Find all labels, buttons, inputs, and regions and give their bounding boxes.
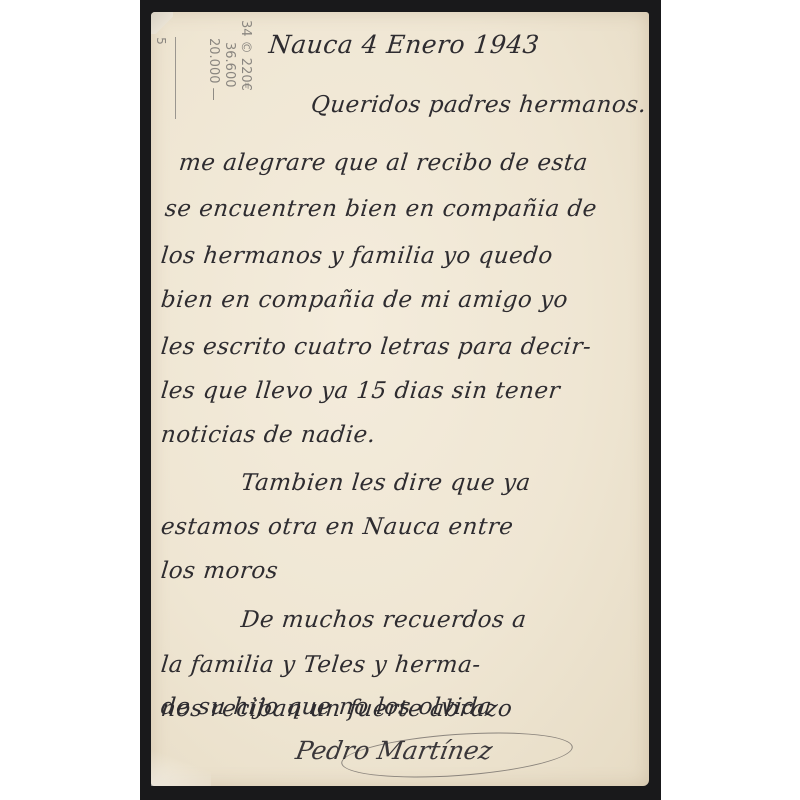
letter-line: la familia y Teles y herma- [160,652,482,678]
pencil-line [175,37,176,119]
letter-line: bien en compañia de mi amigo yo [160,287,570,313]
postcard: 5 34 © 220€ 36.600 20.000 — Nauca 4 Ener… [151,12,649,786]
pencil-note: 20.000 — [206,38,221,101]
pencil-note: 36.600 [222,42,237,88]
letter-line: me alegrare que al recibo de esta [178,150,590,176]
corner-fold [151,12,173,34]
pencil-number: 5 [154,37,168,45]
worn-corner [151,746,211,786]
letter-line: los hermanos y familia yo quedo [160,243,555,269]
letter-line: De muchos recuerdos a [240,607,528,633]
salutation: Queridos padres hermanos. [310,92,648,118]
signature: Pedro Martínez [293,736,494,765]
letter-line: de su hijo que no los olvida [160,694,494,720]
letter-line: les que llevo ya 15 dias sin tener [160,378,562,404]
pencil-note: 34 © 220€ [238,20,253,91]
letter-line: noticias de nadie. [160,422,377,448]
letter-line: los moros [160,558,280,584]
letter-line: estamos otra en Nauca entre [160,514,515,540]
dateline: Nauca 4 Enero 1943 [267,30,540,59]
letter-line: les escrito cuatro letras para decir- [160,334,593,360]
letter-line: Tambien les dire que ya [240,470,532,496]
letter-line: se encuentren bien en compañia de [164,196,599,222]
